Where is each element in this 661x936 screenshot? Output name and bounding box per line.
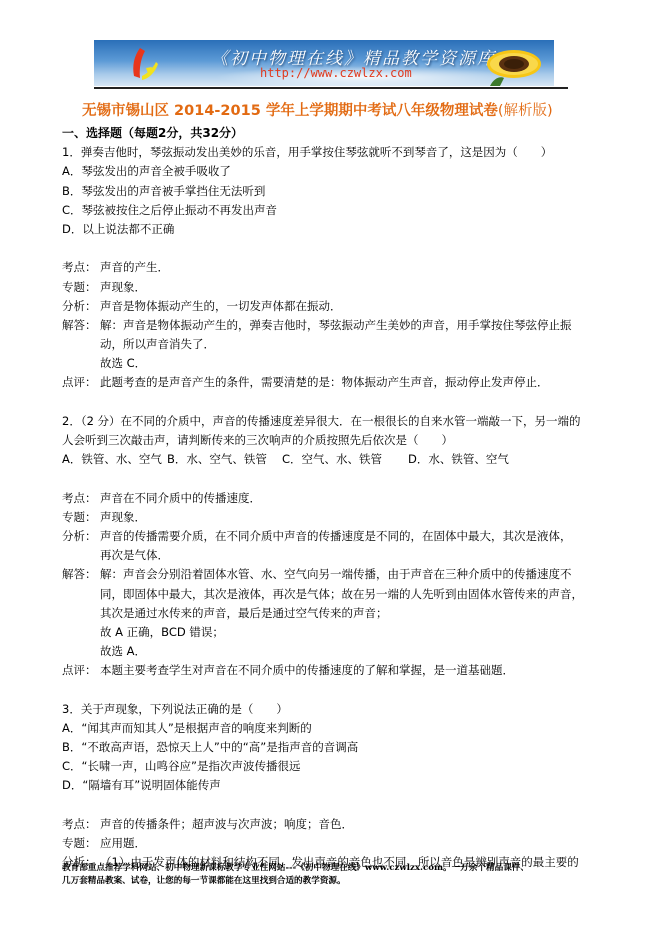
option-d: D．水、铁管、空气 bbox=[408, 450, 509, 469]
option-c: C．琴弦被按住之后停止振动不再发出声音 bbox=[62, 201, 602, 220]
dianping-row: 点评： 此题考查的是声音产生的条件，需要清楚的是：物体振动产生声音，振动停止发声… bbox=[62, 373, 602, 392]
document-title: 无锡市锡山区 2014-2015 学年上学期期中考试八年级物理试卷(解析版) bbox=[82, 99, 553, 120]
section-heading: 一、选择题（每题2分，共32分） bbox=[62, 124, 602, 143]
question-3: 3．关于声现象，下列说法正确的是（ ） A．“闻其声而知其人”是根据声音的响度来… bbox=[62, 700, 602, 873]
fenxi-row: 分析： 声音是物体振动产生的，一切发声体都在振动． bbox=[62, 297, 602, 316]
zhuanti-label: 专题： bbox=[62, 834, 100, 853]
zhuanti-row: 专题： 应用题． bbox=[62, 834, 602, 853]
option-a: A．琴弦发出的声音全被手吸收了 bbox=[62, 162, 602, 181]
dianping-row: 点评： 本题主要考查学生对声音在不同介质中的传播速度的了解和掌握，是一道基础题． bbox=[62, 661, 602, 680]
zhuanti-row: 专题： 声现象． bbox=[62, 278, 602, 297]
document-body: 一、选择题（每题2分，共32分） 1．弹奏吉他时，琴弦振动发出美妙的乐音，用手掌… bbox=[62, 124, 602, 872]
site-banner: 《初中物理在线》精品教学资源库 http://www.czwlzx.com bbox=[94, 40, 554, 86]
zhuanti-text: 声现象． bbox=[100, 278, 602, 297]
page-footer: 教育部重点推荐学科网站、初中物理新课标教学专业性网站---《初中物理在线》www… bbox=[62, 862, 582, 888]
option-b: B．琴弦发出的声音被手掌挡住无法听到 bbox=[62, 182, 602, 201]
jieda-text: 动，所以声音消失了． bbox=[62, 335, 602, 354]
sunflower-icon bbox=[480, 44, 542, 86]
option-a: A．“闻其声而知其人”是根据声音的响度来判断的 bbox=[62, 719, 602, 738]
kaodian-label: 考点： bbox=[62, 489, 100, 508]
banner-url: http://www.czwlzx.com bbox=[260, 66, 412, 80]
option-d: D．以上说法都不正确 bbox=[62, 220, 602, 239]
footer-line-2: 几万套精品教案、试卷，让您的每一节课都能在这里找到合适的教学资源。 bbox=[62, 875, 582, 888]
jieda-text: 其次是通过水传来的声音，最后是通过空气传来的声音； bbox=[62, 604, 602, 623]
kaodian-text: 声音在不同介质中的传播速度． bbox=[100, 489, 602, 508]
options-row: A．铁管、水、空气 B．水、空气、铁管 C．空气、水、铁管 D．水、铁管、空气 bbox=[62, 450, 602, 469]
zhuanti-row: 专题： 声现象． bbox=[62, 508, 602, 527]
jieda-text: 同，即固体中最大，其次是液体，再次是气体；故在另一端的人先听到由固体水管传来的声… bbox=[62, 585, 602, 604]
banner-divider bbox=[94, 87, 568, 89]
kaodian-row: 考点： 声音的传播条件；超声波与次声波；响度；音色． bbox=[62, 815, 602, 834]
kaodian-text: 声音的产生． bbox=[100, 258, 602, 277]
question-2: 2．（2 分）在不同的介质中，声音的传播速度差异很大．在一根很长的自来水管一端敲… bbox=[62, 412, 602, 681]
question-stem: 1．弹奏吉他时，琴弦振动发出美妙的乐音，用手掌按住琴弦就听不到琴音了，这是因为（… bbox=[62, 143, 602, 162]
document-title-text: 无锡市锡山区 2014-2015 学年上学期期中考试八年级物理试卷 bbox=[82, 103, 498, 119]
jieda-row: 解答： 解：声音是物体振动产生的，弹奏吉他时，琴弦振动产生美妙的声音，用手掌按住… bbox=[62, 316, 602, 335]
kaodian-row: 考点： 声音在不同介质中的传播速度． bbox=[62, 489, 602, 508]
question-stem: 2．（2 分）在不同的介质中，声音的传播速度差异很大．在一根很长的自来水管一端敲… bbox=[62, 412, 602, 431]
fenxi-label: 分析： bbox=[62, 297, 100, 316]
option-c: C．空气、水、铁管 bbox=[282, 450, 408, 469]
kaodian-row: 考点： 声音的产生． bbox=[62, 258, 602, 277]
jieda-text: 解：声音会分别沿着固体水管、水、空气向另一端传播，由于声音在三种介质中的传播速度… bbox=[100, 565, 602, 584]
fenxi-text: 声音的传播需要介质，在不同介质中声音的传播速度是不同的，在固体中最大，其次是液体… bbox=[100, 527, 602, 546]
kaodian-label: 考点： bbox=[62, 815, 100, 834]
document-title-suffix: (解析版) bbox=[498, 103, 553, 119]
option-a: A．铁管、水、空气 bbox=[62, 450, 167, 469]
question-stem: 人会听到三次敲击声，请判断传来的三次响声的介质按照先后依次是（ ） bbox=[62, 431, 602, 450]
dianping-text: 本题主要考查学生对声音在不同介质中的传播速度的了解和掌握，是一道基础题． bbox=[100, 661, 602, 680]
option-d: D．“隔墙有耳”说明固体能传声 bbox=[62, 776, 602, 795]
dianping-label: 点评： bbox=[62, 373, 100, 392]
kaodian-text: 声音的传播条件；超声波与次声波；响度；音色． bbox=[100, 815, 602, 834]
option-b: B．“不敢高声语，恐惊天上人”中的“高”是指声音的音调高 bbox=[62, 738, 602, 757]
fenxi-text: 声音是物体振动产生的，一切发声体都在振动． bbox=[100, 297, 602, 316]
zhuanti-label: 专题： bbox=[62, 278, 100, 297]
dianping-text: 此题考查的是声音产生的条件，需要清楚的是：物体振动产生声音，振动停止发声停止． bbox=[100, 373, 602, 392]
answer-choice: 故选 A． bbox=[62, 642, 602, 661]
zhuanti-text: 声现象． bbox=[100, 508, 602, 527]
fenxi-row: 分析： 声音的传播需要介质，在不同介质中声音的传播速度是不同的，在固体中最大，其… bbox=[62, 527, 602, 546]
fenxi-text: 再次是气体． bbox=[62, 546, 602, 565]
jieda-text: 解：声音是物体振动产生的，弹奏吉他时，琴弦振动产生美妙的声音，用手掌按住琴弦停止… bbox=[100, 316, 602, 335]
dianping-label: 点评： bbox=[62, 661, 100, 680]
footer-line-1: 教育部重点推荐学科网站、初中物理新课标教学专业性网站---《初中物理在线》www… bbox=[62, 862, 582, 875]
kaodian-label: 考点： bbox=[62, 258, 100, 277]
zhuanti-label: 专题： bbox=[62, 508, 100, 527]
fenxi-label: 分析： bbox=[62, 527, 100, 546]
jieda-label: 解答： bbox=[62, 565, 100, 584]
question-stem: 3．关于声现象，下列说法正确的是（ ） bbox=[62, 700, 602, 719]
site-logo-icon bbox=[128, 46, 160, 82]
jieda-row: 解答： 解：声音会分别沿着固体水管、水、空气向另一端传播，由于声音在三种介质中的… bbox=[62, 565, 602, 584]
question-1: 1．弹奏吉他时，琴弦振动发出美妙的乐音，用手掌按住琴弦就听不到琴音了，这是因为（… bbox=[62, 143, 602, 392]
answer-choice: 故选 C． bbox=[62, 354, 602, 373]
option-c: C．“长啸一声，山鸣谷应”是指次声波传播很远 bbox=[62, 757, 602, 776]
option-b: B．水、空气、铁管 bbox=[167, 450, 282, 469]
jieda-label: 解答： bbox=[62, 316, 100, 335]
zhuanti-text: 应用题． bbox=[100, 834, 602, 853]
jieda-text: 故 A 正确，BCD 错误； bbox=[62, 623, 602, 642]
